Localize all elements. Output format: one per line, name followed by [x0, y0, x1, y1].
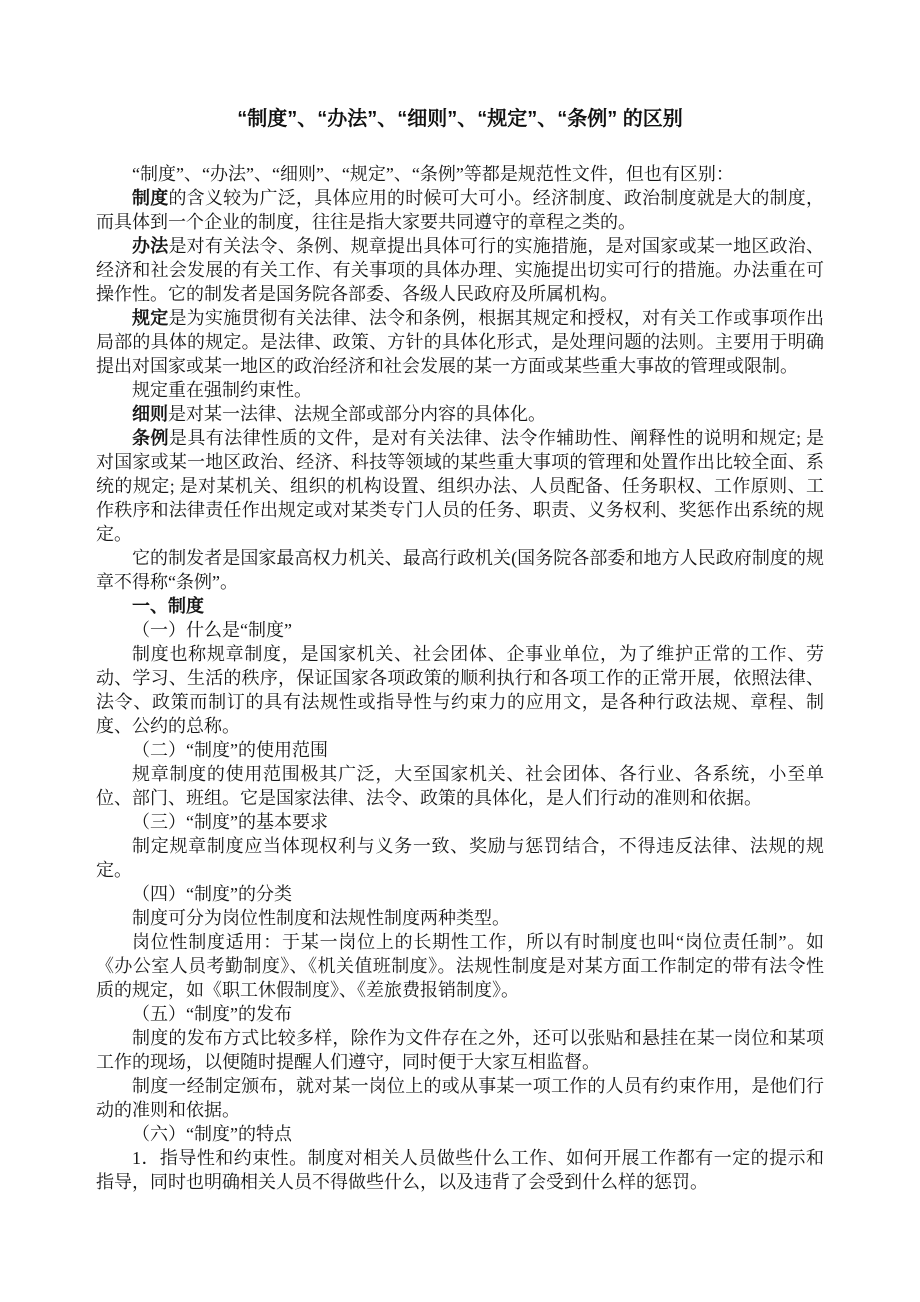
paragraph: 制度一经制定颁布，就对某一岗位上的或从事某一项工作的人员有约束作用，是他们行动的…: [96, 1074, 824, 1122]
paragraph: 规定重在强制约束性。: [96, 378, 824, 402]
bold-term: 制度: [132, 188, 168, 208]
paragraph: 1．指导性和约束性。制度对相关人员做些什么工作、如何开展工作都有一定的提示和指导…: [96, 1146, 824, 1194]
document-content: “制度”、“办法”、“细则”、“规定”、“条例” 的区别 “制度”、“办法”、“…: [96, 106, 824, 1194]
paragraph: “制度”、“办法”、“细则”、“规定”、“条例”等都是规范性文件，但也有区别：: [96, 162, 824, 186]
paragraph: （三）“制度”的基本要求: [96, 810, 824, 834]
section-heading: 一、制度: [96, 594, 824, 618]
paragraph: （四）“制度”的分类: [96, 882, 824, 906]
paragraph: 它的制发者是国家最高权力机关、最高行政机关(国务院各部委和地方人民政府制度的规章…: [96, 546, 824, 594]
paragraph: 办法是对有关法令、条例、规章提出具体可行的实施措施，是对国家或某一地区政治、经济…: [96, 234, 824, 306]
paragraph: 制度可分为岗位性制度和法规性制度两种类型。: [96, 906, 824, 930]
paragraph: 规定是为实施贯彻有关法律、法令和条例，根据其规定和授权，对有关工作或事项作出局部…: [96, 306, 824, 378]
bold-term: 规定: [132, 308, 168, 328]
bold-term: 细则: [132, 404, 168, 424]
paragraph: 制度的发布方式比较多样，除作为文件存在之外，还可以张贴和悬挂在某一岗位和某项工作…: [96, 1026, 824, 1074]
paragraph: 细则是对某一法律、法规全部或部分内容的具体化。: [96, 402, 824, 426]
paragraph: （一）什么是“制度”: [96, 618, 824, 642]
paragraph: 制度也称规章制度，是国家机关、社会团体、企事业单位，为了维护正常的工作、劳动、学…: [96, 642, 824, 738]
bold-term: 办法: [132, 236, 168, 256]
paragraph: 条例是具有法律性质的文件，是对有关法律、法令作辅助性、阐释性的说明和规定; 是对…: [96, 426, 824, 546]
document-body: “制度”、“办法”、“细则”、“规定”、“条例”等都是规范性文件，但也有区别：制…: [96, 162, 824, 1194]
paragraph: （六）“制度”的特点: [96, 1122, 824, 1146]
paragraph: 制定规章制度应当体现权利与义务一致、奖励与惩罚结合，不得违反法律、法规的规定。: [96, 834, 824, 882]
paragraph: （二）“制度”的使用范围: [96, 738, 824, 762]
paragraph: 规章制度的使用范围极其广泛，大至国家机关、社会团体、各行业、各系统，小至单位、部…: [96, 762, 824, 810]
paragraph: （五）“制度”的发布: [96, 1002, 824, 1026]
paragraph: 制度的含义较为广泛，具体应用的时候可大可小。经济制度、政治制度就是大的制度，而具…: [96, 186, 824, 234]
document-title: “制度”、“办法”、“细则”、“规定”、“条例” 的区别: [96, 106, 824, 132]
bold-term: 条例: [132, 428, 169, 448]
document-page: “制度”、“办法”、“细则”、“规定”、“条例” 的区别 “制度”、“办法”、“…: [0, 0, 920, 1302]
paragraph: 岗位性制度适用：于某一岗位上的长期性工作，所以有时制度也叫“岗位责任制”。如《办…: [96, 930, 824, 1002]
